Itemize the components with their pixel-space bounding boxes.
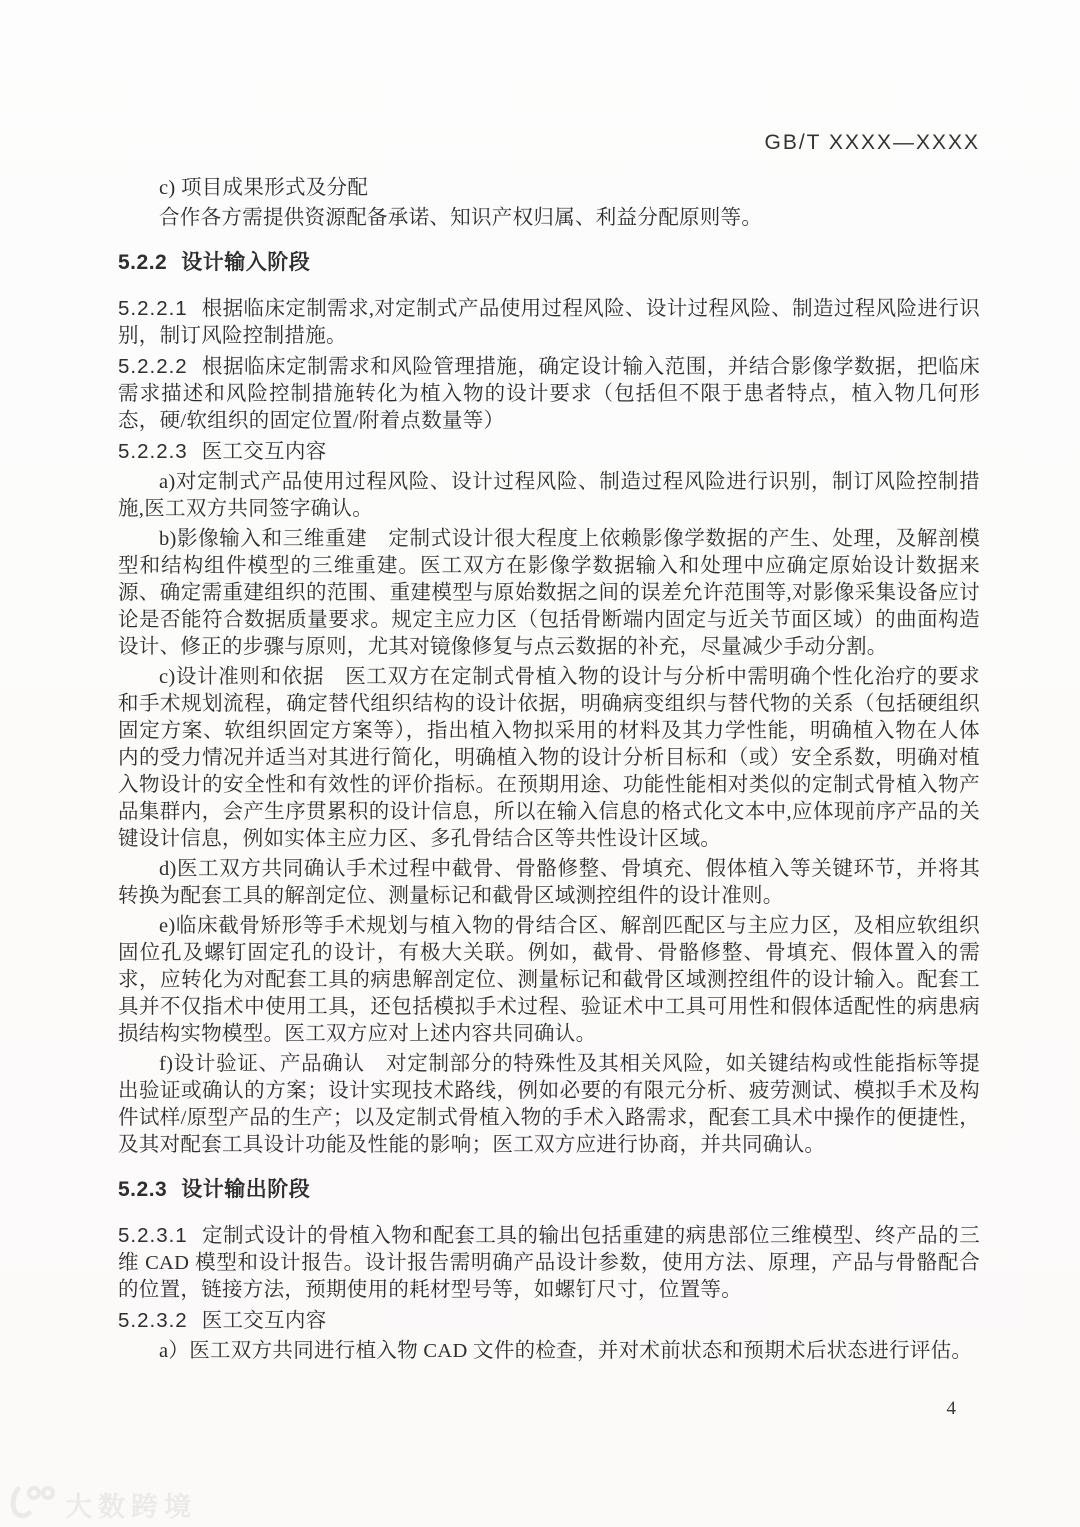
list-item-b-imaging: b)影像输入和三维重建 定制式设计很大程度上依赖影像学数据的产生、处理，及解剖模… [118, 526, 980, 661]
section-title: 设计输出阶段 [181, 1178, 310, 1201]
clause-text: 医工交互内容 [202, 1310, 327, 1332]
section-title: 设计输入阶段 [181, 251, 310, 274]
clause-text: 根据临床定制需求,对定制式产品使用过程风险、设计过程风险、制造过程风险进行识别，… [118, 298, 980, 347]
clause-5-2-3-1: 5.2.3.1定制式设计的骨植入物和配套工具的输出包括重建的病患部位三维模型、终… [118, 1222, 980, 1304]
paragraph-resources: 合作各方需提供资源配备承诺、知识产权归属、利益分配原则等。 [118, 205, 980, 232]
document-page: GB/T XXXX—XXXX c) 项目成果形式及分配 合作各方需提供资源配备承… [0, 0, 1080, 1527]
clause-5-2-2-1: 5.2.2.1根据临床定制需求,对定制式产品使用过程风险、设计过程风险、制造过程… [118, 295, 980, 350]
clause-text: 定制式设计的骨植入物和配套工具的输出包括重建的病患部位三维模型、终产品的三维 C… [118, 1225, 980, 1301]
section-heading-design-output: 5.2.3设计输出阶段 [118, 1176, 980, 1203]
list-item-e: e)临床截骨矫形等手术规划与植入物的骨结合区、解剖匹配区与主应力区，及相应软组织… [118, 913, 980, 1048]
list-item-c-design-criteria: c)设计准则和依据 医工双方在定制式骨植入物的设计与分析中需明确个性化治疗的要求… [118, 664, 980, 853]
watermark: 大数跨境 [8, 1483, 197, 1526]
list-item-f-verification: f)设计验证、产品确认 对定制部分的特殊性及其相关风险，如关键结构或性能指标等提… [118, 1051, 980, 1159]
section-number: 5.2.3 [118, 1178, 167, 1201]
clause-text: 根据临床定制需求和风险管理措施，确定设计输入范围，并结合影像学数据，把临床需求描… [118, 356, 980, 432]
watermark-logo-icon [8, 1483, 58, 1526]
section-number: 5.2.2 [118, 251, 167, 274]
watermark-text: 大数跨境 [65, 1485, 197, 1524]
list-item-a-cad-check: a）医工双方共同进行植入物 CAD 文件的检查，并对术前状态和预期术后状态进行评… [118, 1338, 980, 1365]
standard-number: GB/T XXXX—XXXX [764, 131, 980, 154]
clause-number: 5.2.2.2 [118, 355, 188, 378]
clause-text: 医工交互内容 [202, 441, 327, 463]
list-item-d: d)医工双方共同确认手术过程中截骨、骨骼修整、骨填充、假体植入等关键环节，并将其… [118, 856, 980, 910]
clause-number: 5.2.2.1 [118, 297, 188, 320]
page-header: GB/T XXXX—XXXX [118, 131, 980, 155]
section-heading-design-input: 5.2.2设计输入阶段 [118, 249, 980, 276]
page-number: 4 [947, 1398, 957, 1420]
clause-number: 5.2.3.2 [118, 1309, 188, 1332]
list-item-a: a)对定制式产品使用过程风险、设计过程风险、制造过程风险进行识别，制订风险控制措… [118, 469, 980, 523]
clause-5-2-2-2: 5.2.2.2根据临床定制需求和风险管理措施，确定设计输入范围，并结合影像学数据… [118, 353, 980, 435]
clause-5-2-3-2: 5.2.3.2医工交互内容 [118, 1307, 980, 1335]
document-content: c) 项目成果形式及分配 合作各方需提供资源配备承诺、知识产权归属、利益分配原则… [118, 172, 980, 1368]
clause-5-2-2-3: 5.2.2.3医工交互内容 [118, 438, 980, 466]
clause-number: 5.2.3.1 [118, 1224, 188, 1247]
clause-number: 5.2.2.3 [118, 440, 188, 463]
list-item-c: c) 项目成果形式及分配 [118, 175, 980, 202]
